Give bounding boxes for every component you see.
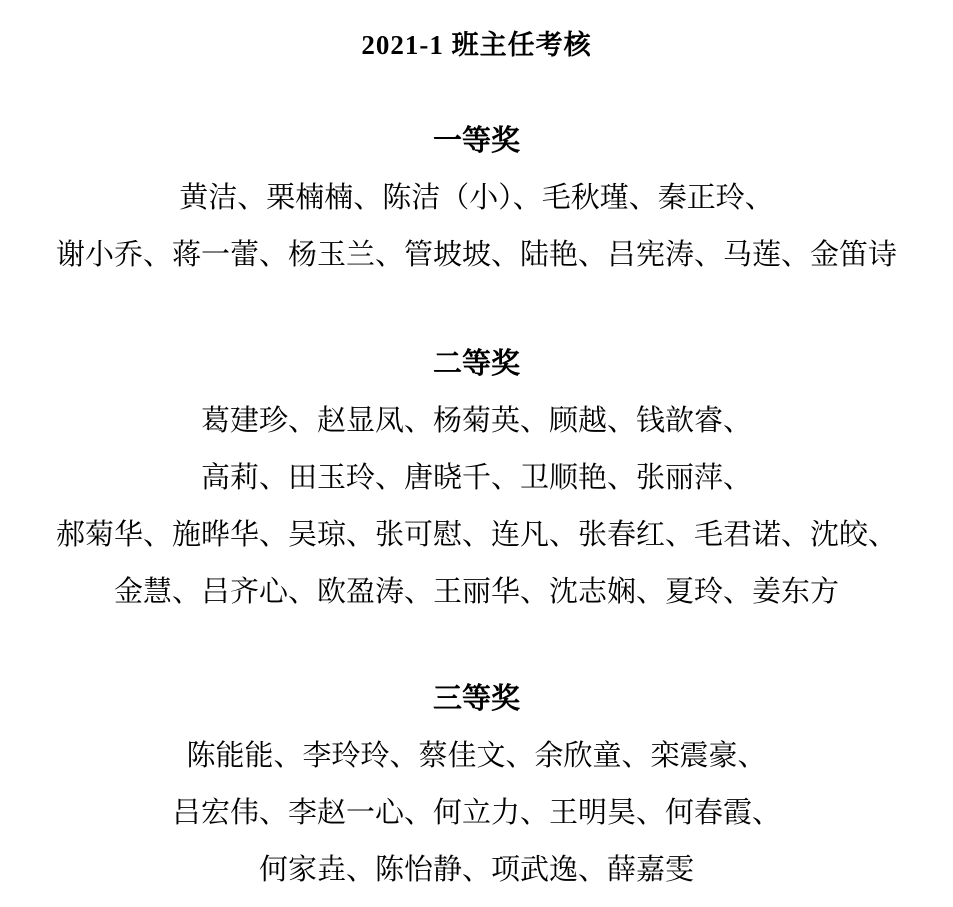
first-prize-heading: 一等奖 <box>0 113 953 170</box>
first-prize-names-line-2: 谢小乔、蒋一蕾、杨玉兰、管坡坡、陆艳、吕宪涛、马莲、金笛诗 <box>0 227 953 284</box>
second-prize-names-line-1: 葛建珍、赵显凤、杨菊英、顾越、钱歆睿、 <box>0 393 953 450</box>
second-prize-names-line-3: 郝菊华、施晔华、吴琼、张可慰、连凡、张春红、毛君诺、沈皎、 <box>0 507 953 564</box>
section-second-prize: 二等奖 葛建珍、赵显凤、杨菊英、顾越、钱歆睿、 高莉、田玉玲、唐晓千、卫顺艳、张… <box>0 336 953 621</box>
second-prize-names-line-2: 高莉、田玉玲、唐晓千、卫顺艳、张丽萍、 <box>0 450 953 507</box>
section-third-prize: 三等奖 陈能能、李玲玲、蔡佳文、余欣童、栾震豪、 吕宏伟、李赵一心、何立力、王明… <box>0 671 953 899</box>
second-prize-heading: 二等奖 <box>0 336 953 393</box>
third-prize-names-line-3: 何家垚、陈怡静、项武逸、薛嘉雯 <box>0 842 953 899</box>
document-page: 2021-1 班主任考核 一等奖 黄洁、栗楠楠、陈洁（小）、毛秋瑾、秦正玲、 谢… <box>0 0 953 907</box>
section-first-prize: 一等奖 黄洁、栗楠楠、陈洁（小）、毛秋瑾、秦正玲、 谢小乔、蒋一蕾、杨玉兰、管坡… <box>0 113 953 284</box>
third-prize-heading: 三等奖 <box>0 671 953 728</box>
document-title: 2021-1 班主任考核 <box>0 0 953 74</box>
second-prize-names-line-4: 金慧、吕齐心、欧盈涛、王丽华、沈志娴、夏玲、姜东方 <box>0 564 953 621</box>
first-prize-names-line-1: 黄洁、栗楠楠、陈洁（小）、毛秋瑾、秦正玲、 <box>0 170 953 227</box>
third-prize-names-line-1: 陈能能、李玲玲、蔡佳文、余欣童、栾震豪、 <box>0 728 953 785</box>
third-prize-names-line-2: 吕宏伟、李赵一心、何立力、王明昊、何春霞、 <box>0 785 953 842</box>
